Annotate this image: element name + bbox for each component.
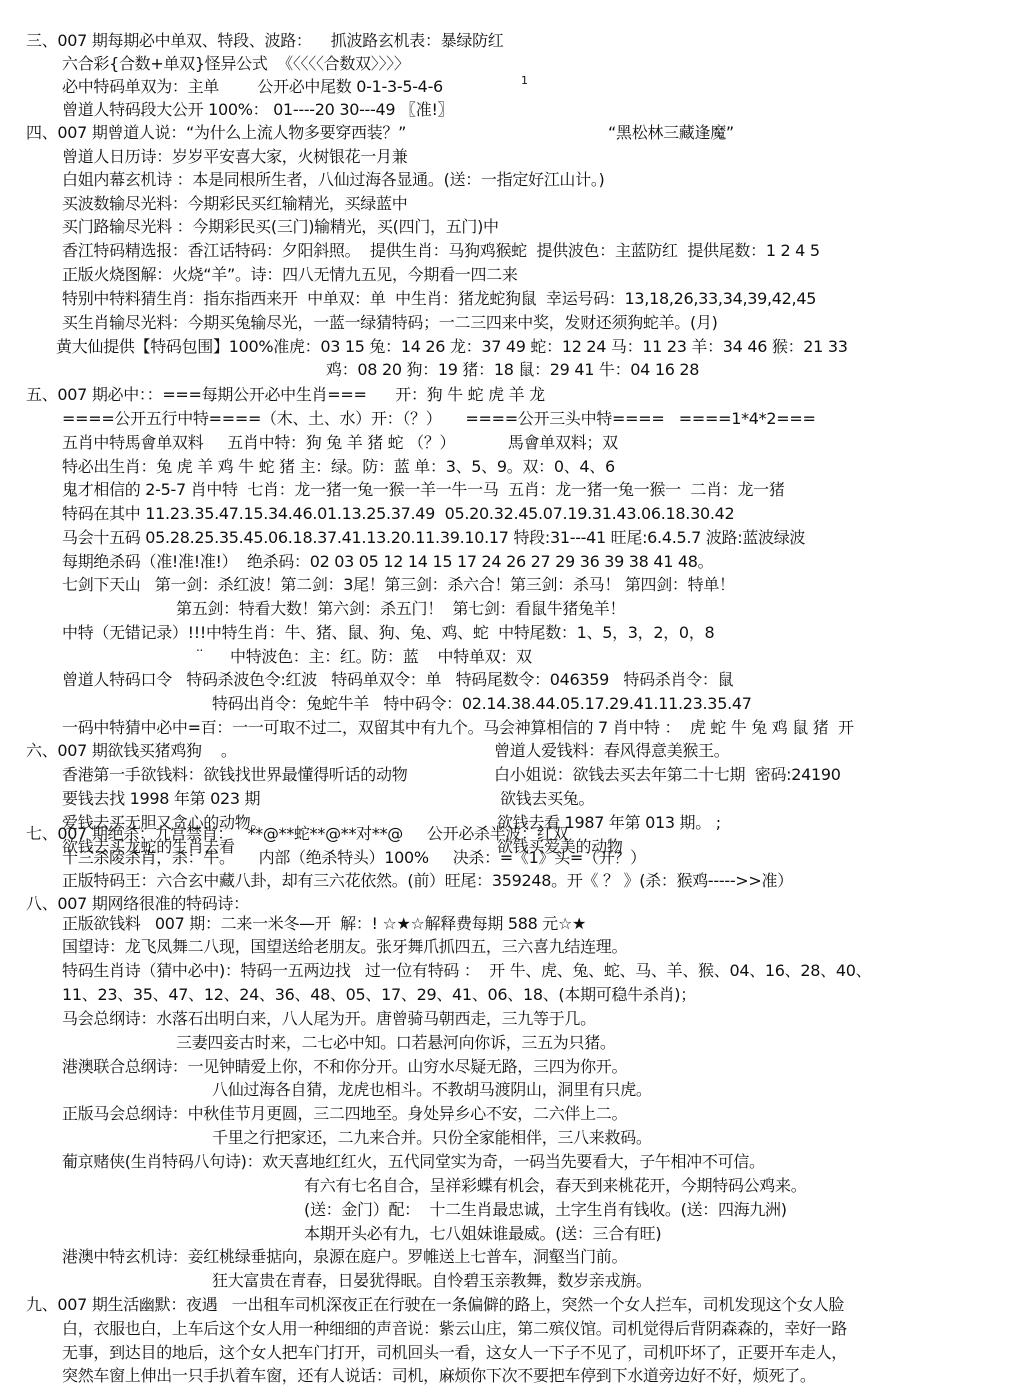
section-8-line: 有六有七名自合，呈祥彩蝶有机会，春天到来桃花开，今期特码公鸡来。 [304,1175,806,1197]
section-3-odd-even: 必中特码单双为：主单 公开必中尾数 0-1-3-5-4-6 [62,76,443,98]
section-6-left: 要钱去找 1998 年第 023 期 [62,788,260,810]
section-5-line: ====公开五行中特====（木、土、水）开：（？） ====公开三头中特===… [62,408,816,430]
section-4-right-title: “黑松林三藏逢魔” [608,122,734,144]
section-5-line: 五肖中特馬會单双料 五肖中特：狗 兔 羊 猪 蛇 （？） 馬會单双料；双 [62,432,618,454]
section-8-line: 特码生肖诗（猜中必中)：特码一五两边找 过一位有特码 ： 开 牛、虎、兔、蛇、马… [62,960,871,982]
section-5-line: 特码在其中 11.23.35.47.15.34.46.01.13.25.37.4… [62,503,734,525]
section-8-line: 11、23、35、47、12、24、36、48、05、17、29、41、06、1… [62,984,696,1006]
section-8-line: 马会总纲诗：水落石出明白来，八人尾为开。唐曾骑马朝西走，三九等于几。 [62,1008,596,1030]
section-6-left: 香港第一手欲钱料：欲钱找世界最懂得听话的动物 [62,764,407,786]
section-8-line: (送：金门）配： 十二生肖最忠诚，土字生肖有钱收。(送：四海九洲) [304,1199,787,1221]
section-8-line: 八仙过海各自猜，龙虎也相斗。不教胡马渡阴山，洞里有只虎。 [212,1079,652,1101]
section-4-line: 白姐内幕玄机诗 ：本是同根所生者，八仙过海各显通。(送：一指定好江山计。) [62,169,604,191]
section-4-line: 曾道人日历诗：岁岁平安喜大家，火树银花一月兼 [62,146,407,168]
section-8-line: 港澳中特玄机诗：妾红桃绿垂掂向，泉源在庭户。罗帷送上七普车，洞壑当门前。 [62,1246,627,1268]
section-6-heading: 六、007 期欲钱买猪鸡狗 。 [26,740,237,762]
section-4-line: 黄大仙提供【特码包围】100%准虎：03 15 兔：14 26 龙：37 49 … [56,336,848,358]
section-8-line: 正版欲钱料 007 期：二来一米冬—开 解：! ☆★☆解释费每期 588 元☆★ [62,913,586,935]
section-4-line: 鸡：08 20 狗：19 猪：18 鼠：29 41 牛：04 16 28 [326,359,699,381]
section-9-line: 无事，到达目的地后，这个女人把车门打开，司机回头一看，这女人一下子不见了，司机吓… [62,1342,847,1364]
section-6-right: 白小姐说：欲钱去买去年第二十七期 密码:24190 [494,764,841,786]
section-5-line: 一码中特猜中必中=百：一一可取不过二，双留其中有九个。马会神算相信的 7 肖中特… [62,717,854,739]
section-7-line: 十三杀陵杀肖，杀：牛。 内部（绝杀特头）100% 决杀：=《1》头=（开？） [62,847,646,869]
section-8-line: 千里之行把家还，二九来合并。只份全家能相伴，三八来救码。 [212,1127,652,1149]
section-6-right: 欲钱去买兔。 [500,788,594,810]
section-5-line: 每期绝杀码（准!准!准!） 绝杀码：02 03 05 12 14 15 17 2… [62,551,713,573]
section-7-line: 正版特码王：六合玄中藏八卦，却有三六花依然。(前）旺尾：359248。开《 ？ … [62,870,793,892]
section-3-heading: 三、007 期每期必中单双、特段、波路： 抓波路玄机表：暴绿防红 [26,30,503,52]
section-3-mark: 1 [521,70,528,92]
section-5-line: 特必出生肖：兔 虎 羊 鸡 牛 蛇 猪 主：绿。防：蓝 单：3、5、9。双：0、… [62,456,615,478]
section-5-line: 第五剑：特看大数！第六剑：杀五门！ 第七剑：看鼠牛猪兔羊！ [176,598,625,620]
section-8-line: 正版马会总纲诗：中秋佳节月更圆，三二四地至。身处异乡心不安，二六伴上二。 [62,1103,627,1125]
section-4-line: 正版火烧图解：火烧“羊”。诗：四八无情九五见，今期看一四二来 [62,264,518,286]
section-9-heading: 九、007 期生活幽默：夜遇 一出租车司机深夜正在行驶在一条偏僻的路上，突然一个… [26,1294,844,1316]
section-5-line: 特码出肖令：兔蛇牛羊 特中码令：02.14.38.44.05.17.29.41.… [212,693,752,715]
section-5-dots: .. [196,636,203,658]
section-5-heading: 五、007 期必中：：===每期公开必中生肖=== 开：狗 牛 蛇 虎 羊 龙 [26,384,545,406]
section-5-line: 鬼才相信的 2-5-7 肖中特 七肖：龙一猪一兔一猴一羊一牛一马 五肖：龙一猪一… [62,479,785,501]
section-4-line: 买门路输尽光料 ：今期彩民买(三门)输精光，买(四门，五门)中 [62,216,499,238]
section-8-line: 国望诗：龙飞凤舞二八现，国望送给老朋友。张牙舞爪抓四五，三六喜九结连理。 [62,936,627,958]
section-5-line: 曾道人特码口令 特码杀波色令:红波 特码单双令：单 特码尾数令：046359 特… [62,669,733,691]
section-3-range: 曾道人特码段大公开 100%： 01----20 30---49 〖准!〗 [62,99,453,121]
section-8-line: 港澳联合总纲诗：一见钟睛爱上你，不和你分开。山穷水尽疑无路，三四为你开。 [62,1056,627,1078]
section-9-line: 白，衣服也白，上车后这个女人用一种细细的声音说：紫云山庄，第二殡仪馆。司机觉得后… [62,1318,847,1340]
section-6-right: 曾道人爱钱料：春风得意美猴王。 [494,740,730,762]
section-8-line: 狂大富贵在青春，日晏犹得眠。自怜碧玉亲教舞，数岁亲戎旃。 [212,1270,652,1292]
section-5-line: 七剑下天山 第一剑：杀红波！第二剑：3尾！第三剑：杀六合！第三剑：杀马！ 第四剑… [62,574,735,596]
section-4-line: 买生肖输尽光料：今期买兔输尽光，一蓝一绿猜特码；一二三四来中奖，发财还须狗蛇羊。… [62,312,718,334]
section-5-line: 马会十五码 05.28.25.35.45.06.18.37.41.13.20.1… [62,527,805,549]
section-4-heading: 四、007 期曾道人说：“为什么上流人物多要穿西装？” [26,122,406,144]
section-8-line: 三妻四妾古时来，二七必中知。口若悬河向你诉，三五为只猪。 [176,1032,616,1054]
section-4-line: 香江特码精选报：香江话特码：夕阳斜照。 提供生肖：马狗鸡猴蛇 提供波色：主蓝防红… [62,240,820,262]
section-8-line: 本期开头必有九，七八姐妹谁最威。(送：三合有旺) [304,1223,661,1245]
section-7-heading: 七、007 期绝杀：九宫禁肖： **@**蛇**@**对**@ 公开必杀半波：红… [26,823,568,845]
section-8-line: 葡京赌侠(生肖特码八句诗)：欢天喜地红红火，五代同堂实为奇，一码当先要看大，子午… [62,1151,765,1173]
section-8-heading: 八、007 期网络很准的特码诗： [26,893,249,915]
section-9-line: 突然车窗上伸出一只手扒着车窗，还有人说话：司机，麻烦你下次不要把车停到下水道旁边… [62,1365,816,1387]
section-3-formula: 六合彩{合数+单双}怪异公式 《〈〈〈〈合数双〉〉〉〉 [62,53,410,75]
section-5-line: 中特（无错记录）!!!中特生肖：牛、猪、鼠、狗、兔、鸡、蛇 中特尾数：1、5，3… [62,622,714,644]
section-5-line: 中特波色：主：红。防：蓝 中特单双：双 [230,646,532,668]
section-4-line: 特别中特料猜生肖：指东指西来开 中单双：单 中生肖：猪龙蛇狗鼠 幸运号码：13,… [62,288,816,310]
section-4-line: 买波数输尽光料：今期彩民买红输精光，买绿蓝中 [62,193,407,215]
